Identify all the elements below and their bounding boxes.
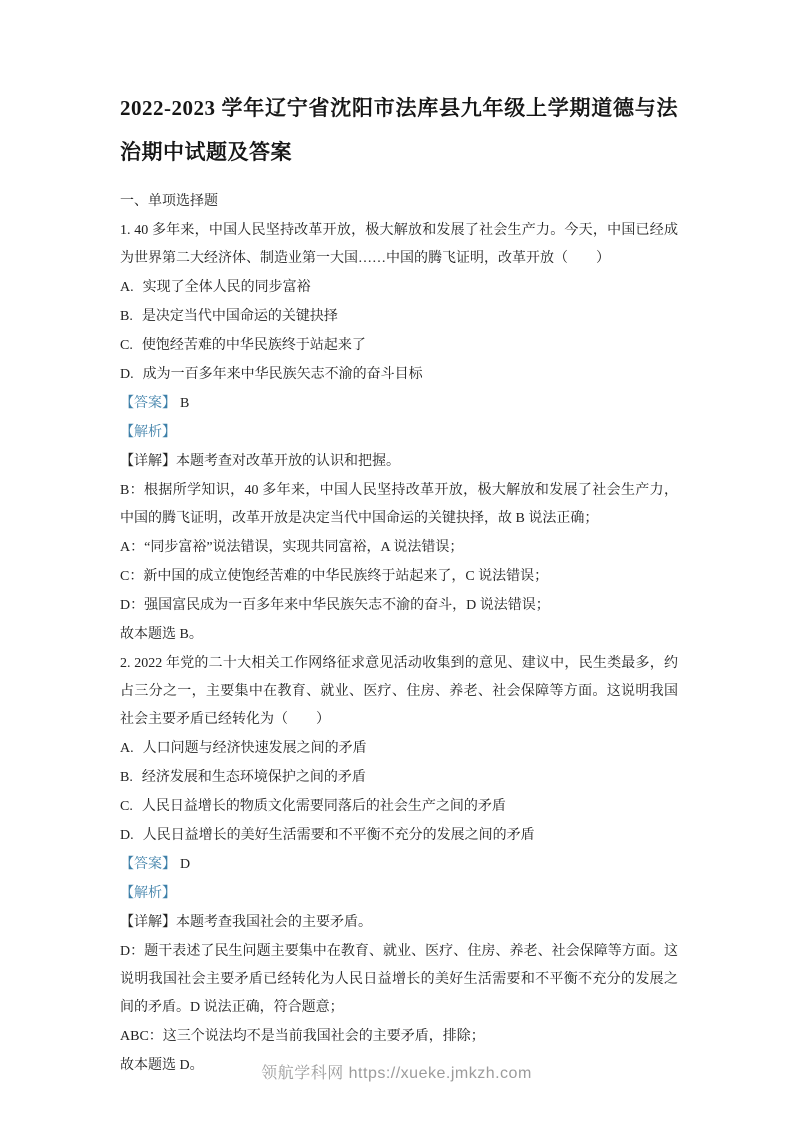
detail-line: 【详解】本题考查我国社会的主要矛盾。 bbox=[120, 909, 678, 937]
option-label: B. bbox=[120, 309, 133, 324]
option-label: B. bbox=[120, 770, 133, 785]
answer-label: 【答案】 bbox=[120, 396, 176, 411]
answer-line: 【答案】D bbox=[120, 851, 678, 879]
explanation-line: C：新中国的成立使饱经苦难的中华民族终于站起来了，C 说法错误； bbox=[120, 563, 678, 591]
option-text: 经济发展和生态环境保护之间的矛盾 bbox=[142, 770, 366, 785]
answer-label: 【答案】 bbox=[120, 857, 176, 872]
question-stem: 2. 2022 年党的二十大相关工作网络征求意见活动收集到的意见、建议中，民生类… bbox=[120, 650, 678, 734]
option-text: 实现了全体人民的同步富裕 bbox=[143, 280, 311, 295]
option-text: 人民日益增长的美好生活需要和不平衡不充分的发展之间的矛盾 bbox=[143, 828, 535, 843]
option-text: 人口问题与经济快速发展之间的矛盾 bbox=[143, 741, 367, 756]
conclusion-line: 故本题选 B。 bbox=[120, 621, 678, 649]
option-row-b: B.是决定当代中国命运的关键抉择 bbox=[120, 303, 678, 331]
explanation-line: ABC：这三个说法均不是当前我国社会的主要矛盾，排除； bbox=[120, 1023, 678, 1051]
detail-line: 【详解】本题考查对改革开放的认识和把握。 bbox=[120, 448, 678, 476]
option-label: A. bbox=[120, 280, 134, 295]
document-content: 2022-2023 学年辽宁省沈阳市法库县九年级上学期道德与法治期中试题及答案 … bbox=[120, 86, 678, 1081]
analysis-label: 【解析】 bbox=[120, 886, 176, 901]
option-text: 使饱经苦难的中华民族终于站起来了 bbox=[142, 338, 366, 353]
option-row-d: D.人民日益增长的美好生活需要和不平衡不充分的发展之间的矛盾 bbox=[120, 822, 678, 850]
question-block-2: 2. 2022 年党的二十大相关工作网络征求意见活动收集到的意见、建议中，民生类… bbox=[120, 650, 678, 1080]
option-text: 人民日益增长的物质文化需要同落后的社会生产之间的矛盾 bbox=[142, 799, 506, 814]
detail-label: 【详解】 bbox=[120, 454, 176, 469]
option-row-a: A.人口问题与经济快速发展之间的矛盾 bbox=[120, 735, 678, 763]
option-label: D. bbox=[120, 367, 134, 382]
detail-label: 【详解】 bbox=[120, 915, 176, 930]
analysis-line: 【解析】 bbox=[120, 419, 678, 447]
detail-text: 本题考查对改革开放的认识和把握。 bbox=[176, 454, 400, 469]
section-heading: 一、单项选择题 bbox=[120, 188, 678, 216]
page-title: 2022-2023 学年辽宁省沈阳市法库县九年级上学期道德与法治期中试题及答案 bbox=[120, 86, 678, 174]
detail-text: 本题考查我国社会的主要矛盾。 bbox=[176, 915, 372, 930]
option-label: D. bbox=[120, 828, 134, 843]
option-label: C. bbox=[120, 338, 133, 353]
watermark-footer: 领航学科网 https://xueke.jmkzh.com bbox=[0, 1062, 793, 1086]
exam-document-page: 2022-2023 学年辽宁省沈阳市法库县九年级上学期道德与法治期中试题及答案 … bbox=[0, 0, 793, 1122]
explanation-line: A：“同步富裕”说法错误，实现共同富裕，A 说法错误； bbox=[120, 534, 678, 562]
watermark-text: 领航学科网 https://xueke.jmkzh.com bbox=[261, 1065, 532, 1082]
option-row-c: C.使饱经苦难的中华民族终于站起来了 bbox=[120, 332, 678, 360]
explanation-line: D：强国富民成为一百多年来中华民族矢志不渝的奋斗，D 说法错误； bbox=[120, 592, 678, 620]
option-label: C. bbox=[120, 799, 133, 814]
option-row-c: C.人民日益增长的物质文化需要同落后的社会生产之间的矛盾 bbox=[120, 793, 678, 821]
option-label: A. bbox=[120, 741, 134, 756]
question-block-1: 1. 40 多年来，中国人民坚持改革开放，极大解放和发展了社会生产力。今天，中国… bbox=[120, 217, 678, 649]
answer-value: B bbox=[180, 396, 189, 411]
option-row-a: A.实现了全体人民的同步富裕 bbox=[120, 274, 678, 302]
explanation-line: D：题干表述了民生问题主要集中在教育、就业、医疗、住房、养老、社会保障等方面。这… bbox=[120, 938, 678, 1022]
answer-value: D bbox=[180, 857, 190, 872]
option-row-b: B.经济发展和生态环境保护之间的矛盾 bbox=[120, 764, 678, 792]
option-text: 是决定当代中国命运的关键抉择 bbox=[142, 309, 338, 324]
question-stem: 1. 40 多年来，中国人民坚持改革开放，极大解放和发展了社会生产力。今天，中国… bbox=[120, 217, 678, 273]
answer-line: 【答案】B bbox=[120, 390, 678, 418]
option-text: 成为一百多年来中华民族矢志不渝的奋斗目标 bbox=[143, 367, 423, 382]
analysis-line: 【解析】 bbox=[120, 880, 678, 908]
option-row-d: D.成为一百多年来中华民族矢志不渝的奋斗目标 bbox=[120, 361, 678, 389]
explanation-line: B：根据所学知识，40 多年来，中国人民坚持改革开放，极大解放和发展了社会生产力… bbox=[120, 477, 678, 533]
analysis-label: 【解析】 bbox=[120, 425, 176, 440]
